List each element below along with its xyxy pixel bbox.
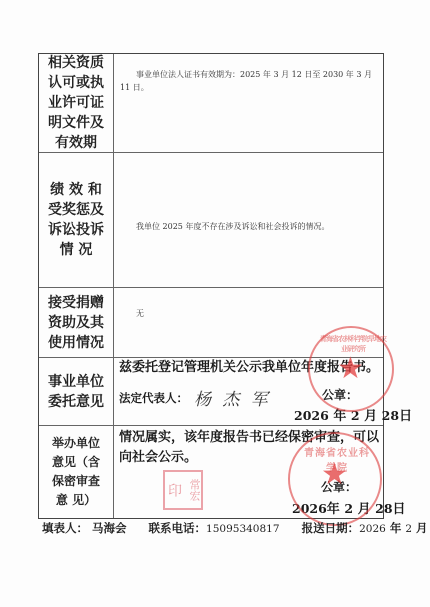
phone-label: 联系电话：: [149, 521, 207, 535]
label-line: 资助及其: [48, 313, 104, 333]
litigation-statement: 我单位 2025 年度不存在涉及诉讼和社会投诉的情况。: [136, 220, 329, 233]
label-line: 委托意见: [48, 392, 104, 412]
label-line: 使用情况: [48, 333, 104, 353]
label-line: 业许可证: [48, 93, 104, 113]
row-label: 举办单位 意见（含 保密审查 意 见）: [39, 426, 114, 518]
seal-char: 印: [164, 483, 184, 497]
label-line: 明文件及: [48, 113, 104, 133]
authorization-date: 2026 年 2 月 28日: [294, 405, 412, 424]
row-label: 事业单位 委托意见: [39, 358, 114, 425]
phone-number: 15095340817: [206, 523, 280, 535]
submit-date-label: 报送日期：: [302, 521, 360, 535]
label-line: 有效期: [55, 133, 97, 153]
date-month: 2: [405, 523, 412, 535]
table-row-unit-authorization: 事业单位 委托意见 兹委托登记管理机关公示我单位年度报告书。 法定代表人： 杨 …: [39, 358, 383, 426]
seal-chars: 常宏: [186, 479, 202, 501]
report-footer: 填表人： 马海会 联系电话：15095340817 报送日期：2026 年 2 …: [42, 520, 430, 536]
label-line: 相关资质: [48, 53, 104, 73]
table-row-performance: 绩 效 和 受奖惩及 诉讼投诉 情 况 我单位 2025 年度不存在涉及诉讼和社…: [39, 153, 383, 288]
label-line: 绩 效 和: [50, 180, 102, 200]
date-month-unit: 月: [416, 521, 428, 535]
date-day-unit: 日: [399, 409, 412, 424]
personal-seal-stamp: 印 常宏: [163, 470, 203, 510]
row-content: 情况属实，该年度报告书已经保密审查，可以向社会公示。 公章： 2026年 2 月…: [114, 426, 383, 518]
date-day-unit: 日: [393, 502, 406, 517]
seal-label: 公章：: [322, 386, 358, 403]
row-label: 相关资质 认可或执 业许可证 明文件及 有效期: [39, 54, 114, 152]
date-year-unit: 年: [333, 409, 346, 424]
label-line: 情 况: [60, 240, 93, 260]
certificate-validity-text: 事业单位法人证书有效期为：2025 年 3 月 12 日至 2030 年 3 月…: [120, 68, 382, 94]
date-year: 2026: [294, 408, 329, 423]
row-content: 无: [114, 288, 383, 357]
date-year: 2026: [292, 501, 327, 516]
seal-label: 公章：: [321, 478, 357, 495]
row-label: 绩 效 和 受奖惩及 诉讼投诉 情 况: [39, 153, 114, 287]
table-row-sponsor-opinion: 举办单位 意见（含 保密审查 意 见） 情况属实，该年度报告书已经保密审查，可以…: [39, 426, 383, 518]
date-day: 28: [375, 501, 392, 516]
date-year-unit: 年: [327, 502, 340, 517]
label-line: 接受捐赠: [48, 293, 104, 313]
date-month: 2: [351, 408, 360, 423]
date-month-unit: 月: [364, 409, 377, 424]
table-row-donations: 接受捐赠 资助及其 使用情况 无: [39, 288, 383, 358]
date-day: 28: [382, 408, 399, 423]
legal-rep-signature: 杨 杰 军: [194, 385, 271, 410]
legal-rep-label: 法定代表人：: [119, 390, 188, 406]
filler-label: 填表人：: [42, 521, 88, 535]
row-content: 我单位 2025 年度不存在涉及诉讼和社会投诉的情况。: [114, 153, 383, 287]
row-content: 事业单位法人证书有效期为：2025 年 3 月 12 日至 2030 年 3 月…: [114, 54, 383, 152]
label-line: 诉讼投诉: [48, 220, 104, 240]
report-table: 相关资质 认可或执 业许可证 明文件及 有效期 事业单位法人证书有效期为：202…: [38, 53, 384, 519]
date-month-unit: 月: [358, 502, 371, 517]
label-line: 举办单位: [52, 434, 100, 453]
document-page: 相关资质 认可或执 业许可证 明文件及 有效期 事业单位法人证书有效期为：202…: [0, 0, 430, 607]
date-year-unit: 年: [390, 521, 402, 535]
row-label: 接受捐赠 资助及其 使用情况: [39, 288, 114, 357]
sponsor-date: 2026年 2 月 28日: [292, 498, 406, 517]
label-line: 事业单位: [48, 372, 104, 392]
table-row-qualifications: 相关资质 认可或执 业许可证 明文件及 有效期 事业单位法人证书有效期为：202…: [39, 54, 383, 153]
label-line: 意 见）: [56, 491, 96, 510]
legal-rep-line: 法定代表人： 杨 杰 军: [119, 385, 271, 410]
label-line: 保密审查: [52, 472, 100, 491]
date-month: 2: [344, 501, 353, 516]
label-line: 受奖惩及: [48, 200, 104, 220]
label-line: 认可或执: [48, 73, 104, 93]
authorization-statement: 兹委托登记管理机关公示我单位年度报告书。: [119, 358, 379, 378]
donations-text: 无: [136, 307, 144, 320]
filler-name: 马海会: [92, 521, 127, 535]
sponsor-statement: 情况属实，该年度报告书已经保密审查，可以向社会公示。: [119, 428, 384, 468]
row-content: 兹委托登记管理机关公示我单位年度报告书。 法定代表人： 杨 杰 军 公章： 20…: [114, 358, 383, 425]
date-year: 2026: [359, 523, 386, 535]
label-line: 意见（含: [52, 453, 100, 472]
